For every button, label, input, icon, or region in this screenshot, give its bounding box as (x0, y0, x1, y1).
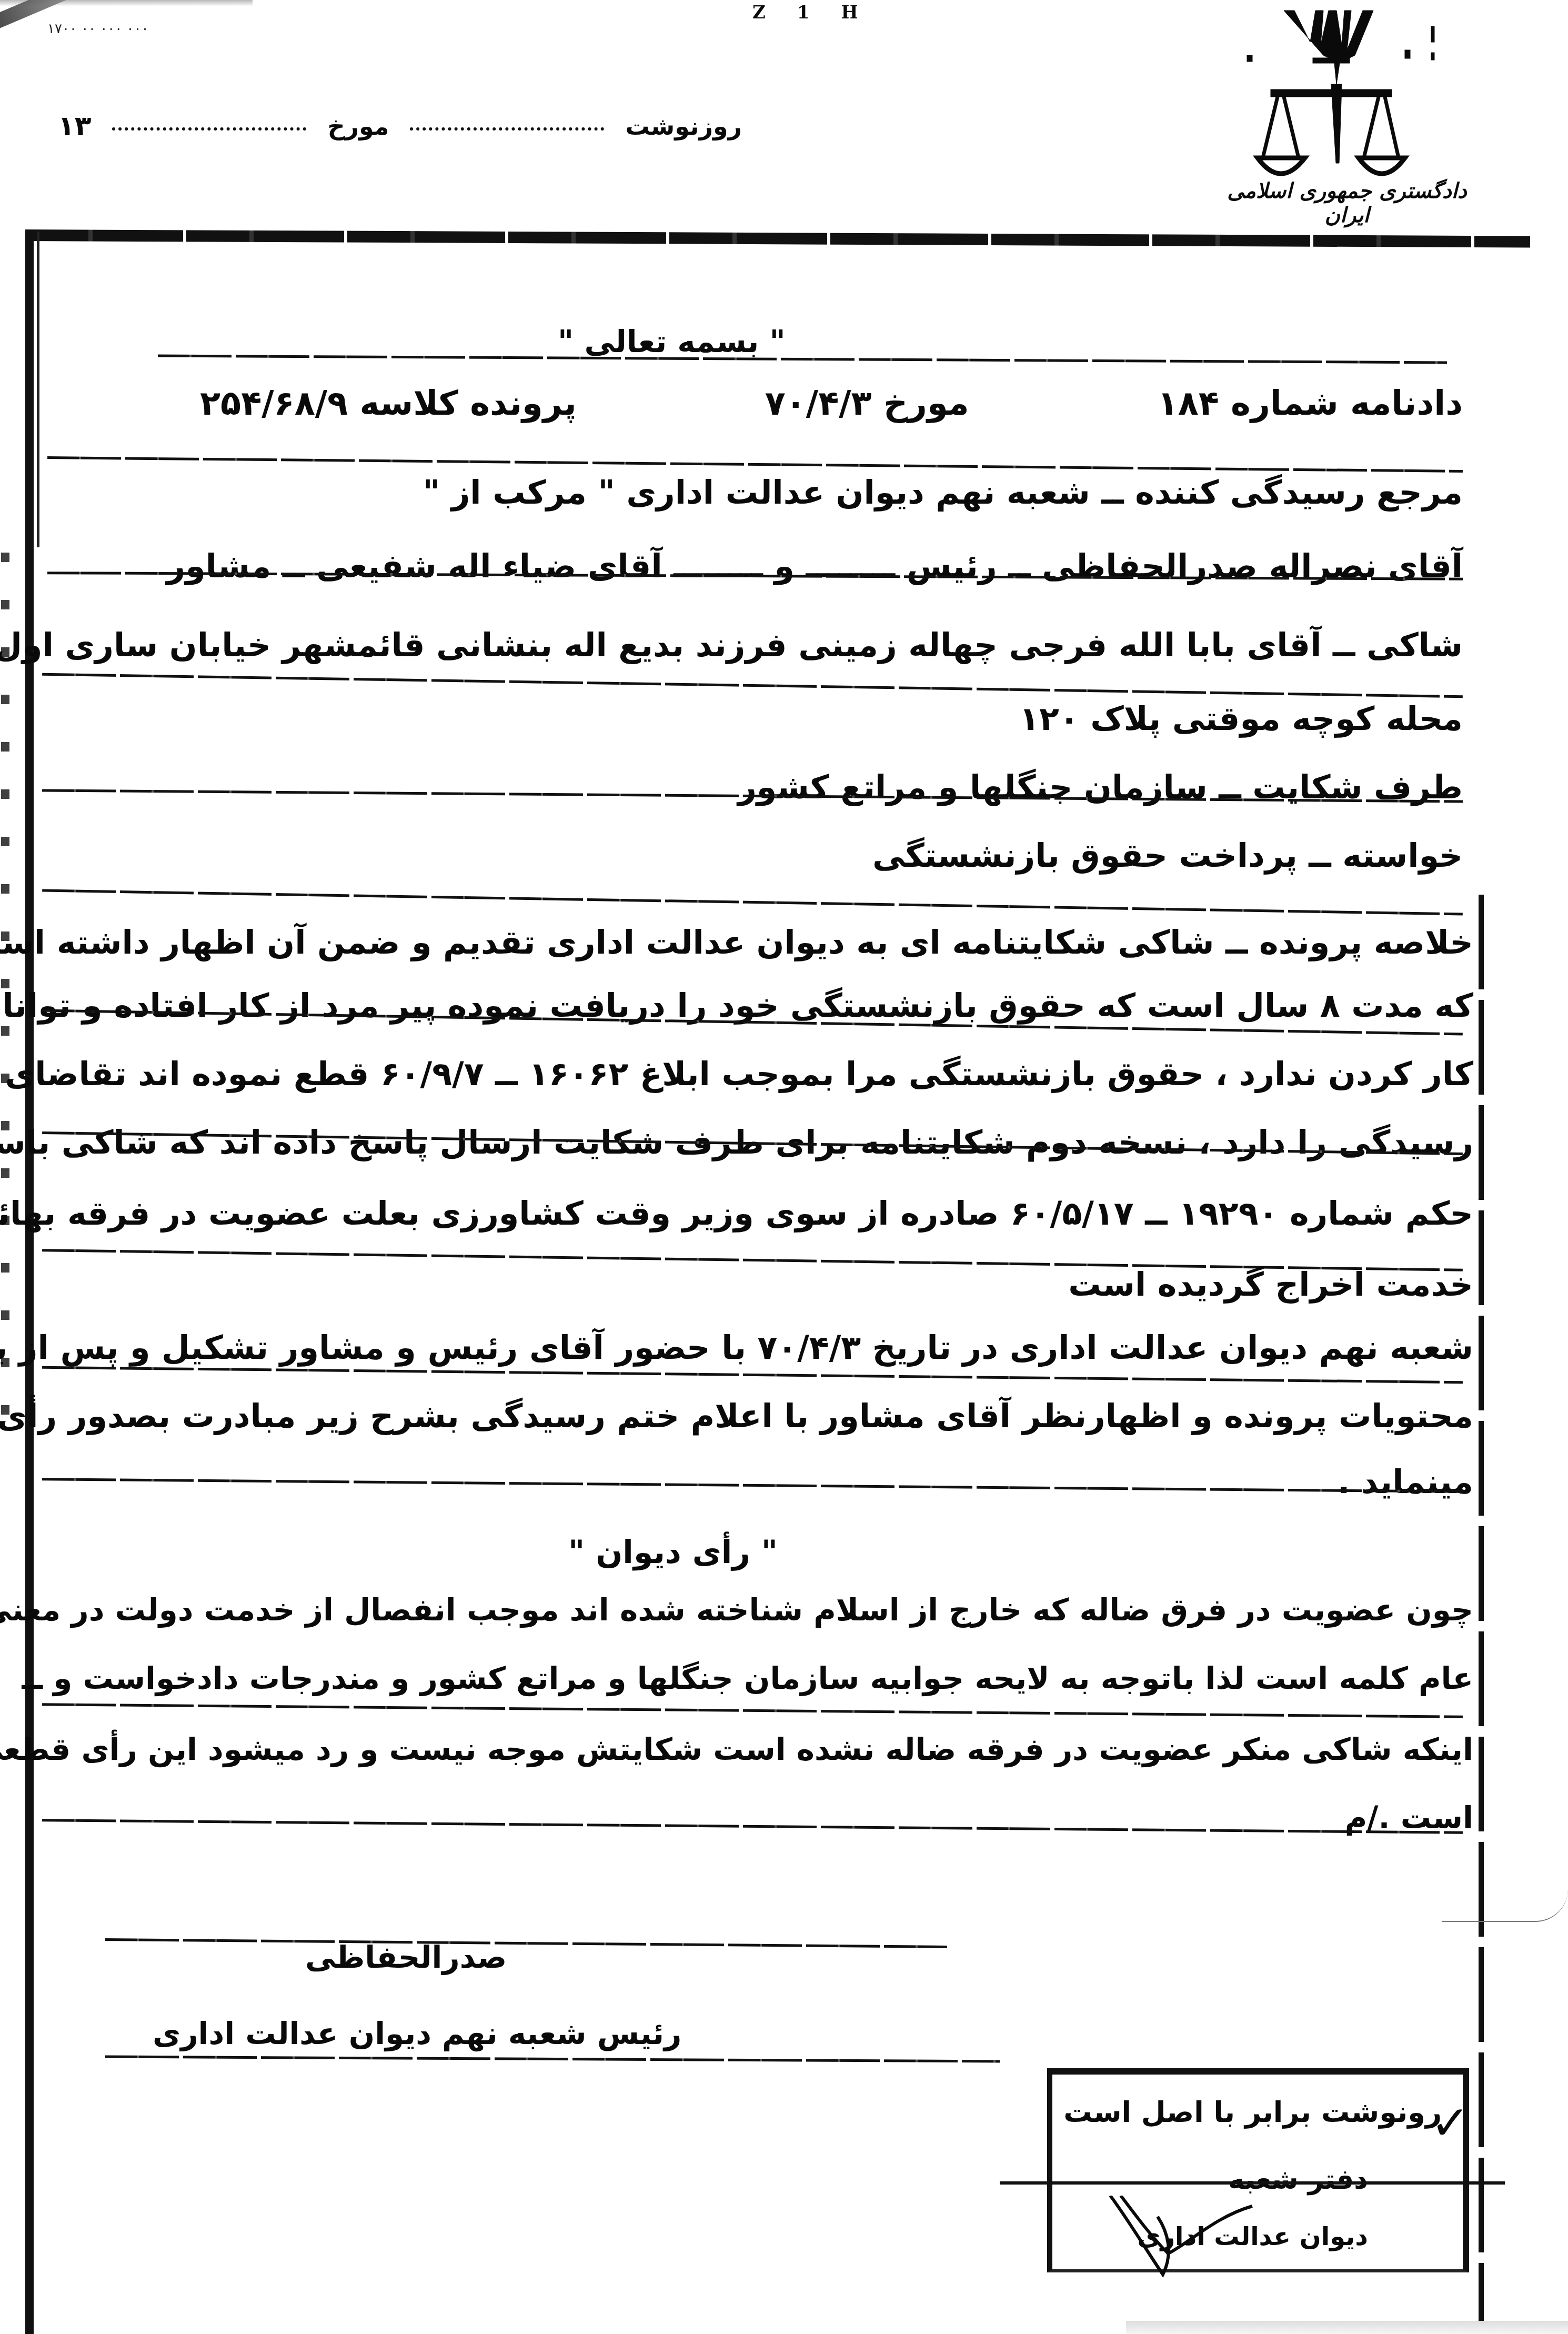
petition-date: مورخ ۷۰/۴/۳ (765, 384, 969, 432)
signatory-name: صدرالحفاظی (305, 1939, 507, 1975)
ruling-line-4: است ./م (1345, 1802, 1473, 1833)
claim-summary-line: خواسته ــ پرداخت حقوق بازنشستگی (872, 839, 1463, 872)
case-summary-line-3: کار کردن ندارد ، حقوق بازنشستگی مرا بموج… (5, 1058, 1474, 1090)
plaintiff-address-line: محله کوچه موقتی پلاک ۱۲۰ (1019, 703, 1463, 735)
frame-right-border (1479, 895, 1484, 2331)
ruled-line (47, 456, 1463, 473)
tribunal-line: مرجع رسیدگی کننده ــ شعبه نهم دیوان عدال… (423, 476, 1463, 509)
case-summary-line-6: خدمت اخراج گردیده است (1068, 1268, 1473, 1301)
stamp-line-1: رونوشت برابر با اصل است (1063, 2096, 1442, 2129)
reference-dots (410, 127, 604, 131)
case-summary-line-1: خلاصه پرونده ــ شاکی شکایتنامه ای به دیو… (0, 926, 1473, 959)
invocation: " بسمه تعالی " (558, 324, 786, 359)
document-header-row: دادنامه شماره ۱۸۴ مورخ ۷۰/۴/۳ پرونده کلا… (200, 384, 1463, 432)
handwritten-signature-icon (1105, 2196, 1263, 2280)
plaintiff-line: شاکی ــ آقای بابا الله فرجی چهاله زمینی … (0, 629, 1463, 662)
paper-edge (1126, 2321, 1568, 2334)
reference-label: روزنوشت (625, 112, 742, 141)
petition-number: دادنامه شماره ۱۸۴ (1158, 384, 1463, 432)
ruled-line (105, 2056, 1000, 2063)
case-summary-line-5: حکم شماره ۱۹۲۹۰ ــ ۶۰/۵/۱۷ صادره از سوی … (0, 1197, 1473, 1230)
reference-line: روزنوشت مورخ ۱۳ (58, 105, 742, 147)
ruled-line (42, 889, 1463, 916)
ruled-line (42, 1478, 1463, 1493)
session-line-1: شعبه نهم دیوان عدالت اداری در تاریخ ۷۰/۴… (0, 1331, 1473, 1364)
certified-copy-stamp: ✓ رونوشت برابر با اصل است دفتر شعبه دیوا… (1047, 2068, 1469, 2272)
ruled-line (105, 1938, 947, 1948)
ruling-line-1: چون عضویت در فرق ضاله که خارج از اسلام ش… (0, 1595, 1473, 1625)
paper-curl (1442, 1889, 1568, 1922)
session-line-2: محتویات پرونده و اظهارنظر آقای مشاور با … (0, 1400, 1473, 1433)
top-marks: Z1H (752, 2, 890, 23)
reference-year: ۱۳ (58, 111, 91, 142)
ruling-title: " رأی دیوان " (568, 1534, 778, 1571)
reference-date-label: مورخ (327, 112, 389, 141)
emblem-caption: دادگستری جمهوری اسلامی ایران (1215, 179, 1479, 227)
frame-left-inner-border (37, 232, 39, 547)
stamp-line-2: دفتر شعبه (1228, 2164, 1368, 2196)
faded-top-text: ۰۰۰ ۰۰۰ ۰۰ ۱۷۰۰ (47, 21, 148, 37)
session-line-3: مینماید . (1338, 1466, 1473, 1498)
ruling-line-3: اینکه شاکی منکر عضویت در فرقه ضاله نشده … (0, 1734, 1473, 1765)
signatory-title: رئیس شعبه نهم دیوان عدالت اداری (153, 2016, 682, 2051)
ruled-line (42, 1703, 1463, 1718)
case-summary-line-2: که مدت ۸ سال است که حقوق بازنشستگی خود ر… (0, 989, 1473, 1022)
frame-left-border (25, 232, 34, 2334)
ruled-line (42, 673, 1463, 698)
case-file-number: پرونده کلاسه ۲۵۴/۶۸/۹ (200, 384, 577, 432)
ruled-line (158, 355, 1447, 364)
ruled-line (42, 1819, 1463, 1834)
ruling-line-2: عام کلمه است لذا باتوجه به لایحه جوابیه … (22, 1663, 1473, 1694)
frame-top-border (25, 229, 1530, 247)
reference-date-dots (112, 127, 306, 131)
ruled-line (1000, 2181, 1505, 2185)
ruled-line (42, 1366, 1463, 1384)
